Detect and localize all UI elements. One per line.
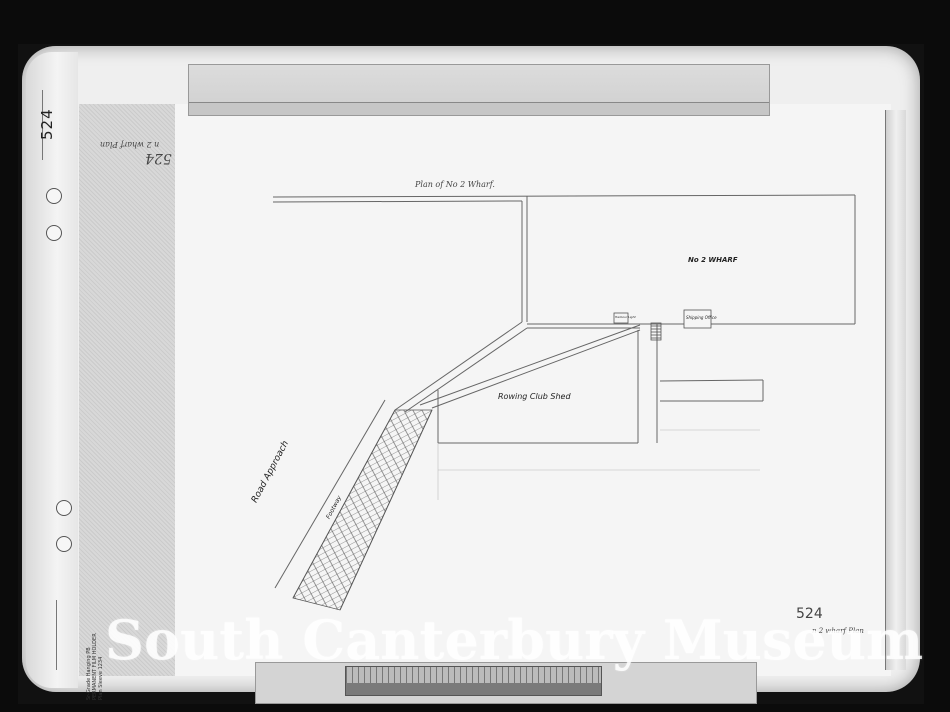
museum-watermark: South Canterbury Museum xyxy=(105,608,845,672)
harbour-light-label: Harbour Light xyxy=(615,315,636,319)
wharf-label: No 2 WHARF xyxy=(688,256,738,264)
rowing-club-shed-label: Rowing Club Shed xyxy=(498,392,571,401)
shipping-office-label: Shipping Office xyxy=(686,315,717,320)
